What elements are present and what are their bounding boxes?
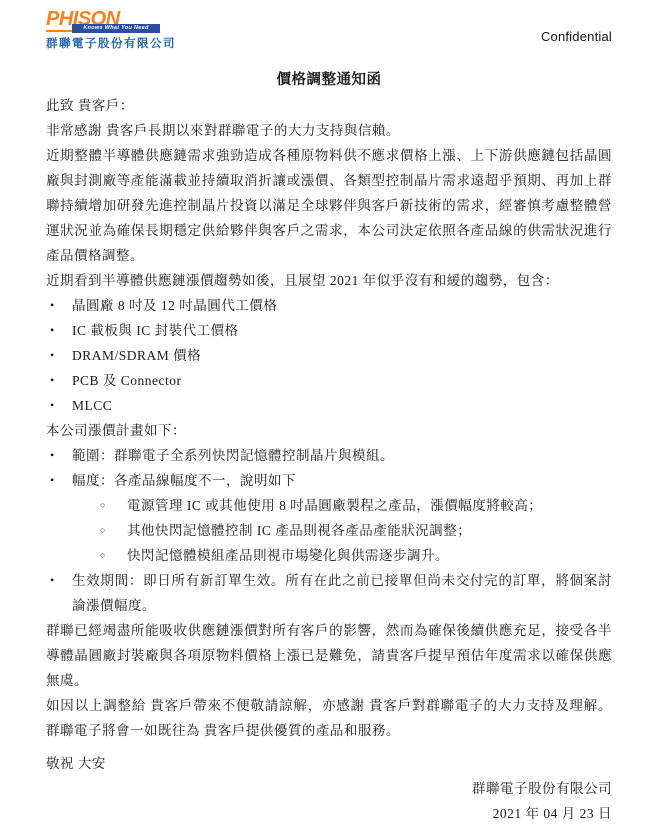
- circle-bullet-icon: ○: [100, 493, 127, 518]
- plan-item-scope: • 範圍：群聯電子全系列快閃記憶體控制晶片與模組。: [46, 443, 612, 468]
- list-item-wafer-foundry-price: • 晶圓廠 8 吋及 12 吋晶圓代工價格: [46, 293, 612, 318]
- signoff-regards: 敬祝 大安: [46, 751, 612, 776]
- plan-subitem-other-controller-ic: ○ 其他快閃記憶體控制 IC 產品則視各產品產能狀況調整；: [46, 518, 612, 543]
- bullet-icon: •: [50, 568, 72, 593]
- plan-subitem-flash-module: ○ 快閃記憶體模組產品則視市場變化與供需逐步調升。: [46, 543, 612, 568]
- list-item-text: 其他快閃記憶體控制 IC 產品則視各產品產能狀況調整；: [127, 518, 612, 543]
- bullet-icon: •: [50, 368, 72, 393]
- paragraph-background: 近期整體半導體供應鏈需求強勁造成各種原物料供不應求價格上漲、上下游供應鏈包括晶圓…: [46, 143, 612, 268]
- bullet-icon: •: [50, 293, 72, 318]
- list-item-text: 晶圓廠 8 吋及 12 吋晶圓代工價格: [72, 293, 612, 318]
- list-item-pcb-connector: • PCB 及 Connector: [46, 368, 612, 393]
- bullet-icon: •: [50, 343, 72, 368]
- circle-bullet-icon: ○: [100, 518, 127, 543]
- list-item-text: 電源管理 IC 或其他使用 8 吋晶圓廠製程之產品，漲價幅度將較高；: [127, 493, 612, 518]
- plan-heading: 本公司漲價計畫如下：: [46, 418, 612, 443]
- bullet-icon: •: [50, 468, 72, 493]
- list-item-dram-sdram-price: • DRAM/SDRAM 價格: [46, 343, 612, 368]
- plan-subitem-power-management-ic: ○ 電源管理 IC 或其他使用 8 吋晶圓廠製程之產品，漲價幅度將較高；: [46, 493, 612, 518]
- list-item-mlcc: • MLCC: [46, 393, 612, 418]
- list-item-text: 生效期間：即日所有新訂單生效。所有在此之前已接單但尚未交付完的訂單，將個案討論漲…: [72, 568, 612, 618]
- letter-header: PHISON Knows What You Need 群聯電子股份有限公司 Co…: [46, 8, 612, 56]
- signoff-company: 群聯電子股份有限公司: [46, 776, 612, 801]
- list-item-text: PCB 及 Connector: [72, 368, 612, 393]
- list-item-text: IC 載板與 IC 封裝代工價格: [72, 318, 612, 343]
- list-item-ic-substrate-packaging-price: • IC 載板與 IC 封裝代工價格: [46, 318, 612, 343]
- paragraph-thanks: 非常感謝 貴客戶長期以來對群聯電子的大力支持與信賴。: [46, 118, 612, 143]
- confidential-label: Confidential: [541, 30, 612, 44]
- document-title: 價格調整通知函: [46, 68, 612, 93]
- bullet-icon: •: [50, 393, 72, 418]
- list-item-text: 快閃記憶體模組產品則視市場變化與供需逐步調升。: [127, 543, 612, 568]
- plan-item-effective-period: • 生效期間：即日所有新訂單生效。所有在此之前已接單但尚未交付完的訂單，將個案討…: [46, 568, 612, 618]
- logo-tagline-ribbon: Knows What You Need: [72, 24, 160, 33]
- trend-intro: 近期看到半導體供應鏈漲價趨勢如後，且展望 2021 年似乎沒有和緩的趨勢，包含：: [46, 268, 612, 293]
- bullet-icon: •: [50, 443, 72, 468]
- plan-item-magnitude: • 幅度：各產品線幅度不一，說明如下: [46, 468, 612, 493]
- salutation: 此致 貴客戶：: [46, 93, 612, 118]
- list-item-text: 幅度：各產品線幅度不一，說明如下: [72, 468, 612, 493]
- bullet-icon: •: [50, 318, 72, 343]
- price-adjustment-letter: PHISON Knows What You Need 群聯電子股份有限公司 Co…: [0, 0, 658, 832]
- list-item-text: 範圍：群聯電子全系列快閃記憶體控制晶片與模組。: [72, 443, 612, 468]
- list-item-text: MLCC: [72, 393, 612, 418]
- logo-company-name: 群聯電子股份有限公司: [46, 37, 186, 52]
- closing-paragraph-2: 如因以上調整給 貴客戶帶來不便敬請諒解，亦感謝 貴客戶對群聯電子的大力支持及理解…: [46, 693, 612, 743]
- signoff-date: 2021 年 04 月 23 日: [46, 801, 612, 826]
- logo-tagline: Knows What You Need: [83, 25, 148, 31]
- phison-logo: PHISON Knows What You Need 群聯電子股份有限公司: [46, 8, 186, 52]
- circle-bullet-icon: ○: [100, 543, 127, 568]
- closing-paragraph-1: 群聯已經竭盡所能吸收供應鏈漲價對所有客戶的影響，然而為確保後續供應充足，接受各半…: [46, 618, 612, 693]
- list-item-text: DRAM/SDRAM 價格: [72, 343, 612, 368]
